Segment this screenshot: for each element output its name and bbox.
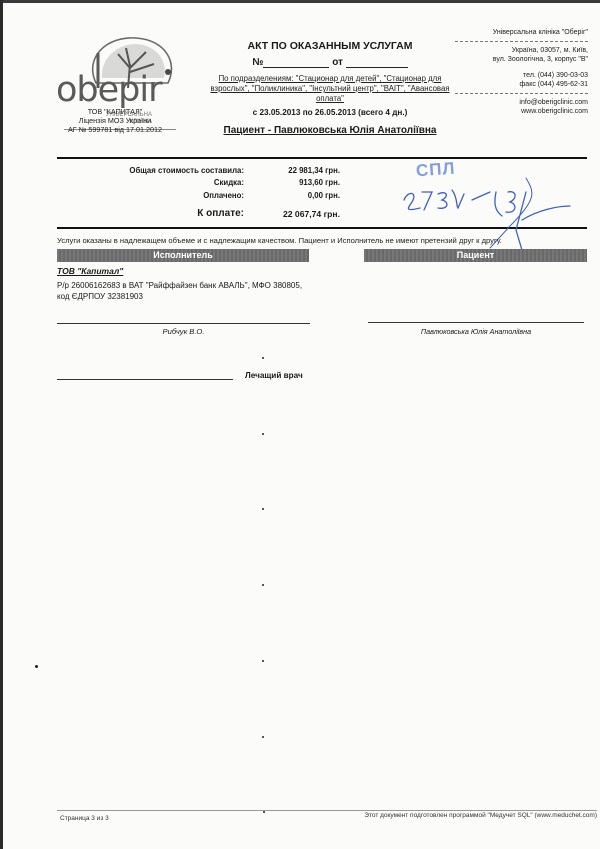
binder-dot [262,584,264,586]
total-value: 22 981,34 грн. [260,166,340,175]
totals-table: Общая стоимость составила: 22 981,34 грн… [100,164,340,223]
executor-bank-details: Р/р 26006162683 в ВАТ "Райффайзен банк А… [57,280,307,302]
binder-dot [262,433,264,435]
scan-edge-left [0,0,3,849]
document-number-line: № от [200,57,460,68]
service-period: с 23.05.2013 по 26.05.2013 (всего 4 дн.) [200,108,460,117]
binder-dot [262,660,264,662]
company-name: ТОВ "КАПИТАЛ" [50,107,180,116]
paid-label: Оплачено: [104,191,260,200]
executor-signatory: Рибчук В.О. [57,327,310,336]
scan-speck [35,665,38,668]
clinic-phone: тел. (044) 390-03-03 [455,71,588,80]
patient-name-heading: Пациент - Павлюковська Юлія Анатоліївна [200,125,460,136]
scan-edge-top [0,0,600,3]
company-license-info: ТОВ "КАПИТАЛ" Ліцензія МОЗ України АГ № … [50,107,180,134]
binder-dot [262,357,264,359]
clinic-name: Універсальна клініка "Оберіг" [455,28,588,37]
binder-dot [262,736,264,738]
logo-wordmark: obepir [56,70,162,110]
doctor-signature-line [57,379,233,380]
footer-rule [57,810,597,811]
paid-row: Оплачено: 0,00 грн. [100,189,340,202]
attending-doctor-label: Лечащий врач [245,371,303,380]
license-line2: АГ № 599781 від 17.01.2012 [50,125,180,134]
clinic-address-line1: Україна, 03057, м. Київ, [455,46,588,55]
services-note: Услуги оказаны в надлежащем объеме и с н… [57,236,502,245]
binder-dot [263,811,265,813]
executor-name: ТОВ "Капитал" [57,266,123,276]
discount-row: Скидка: 913,60 грн. [100,177,340,190]
date-field [346,57,408,68]
departments-list: По подразделениям: "Стационар для детей"… [200,74,460,104]
divider [455,93,588,94]
patient-header: Пациент [364,249,587,262]
clinic-email: info@oberigclinic.com [455,98,588,107]
discount-label: Скидка: [104,178,260,187]
clinic-fax: факс (044) 495-62-31 [455,80,588,89]
number-label: № [252,57,263,68]
license-line1: Ліцензія МОЗ України [50,116,180,125]
to-pay-row: К оплате: 22 067,74 грн. [100,205,340,223]
number-field [263,57,329,68]
discount-value: 913,60 грн. [260,178,340,187]
divider [455,41,588,42]
binder-dot [262,508,264,510]
clinic-contact-block: Універсальна клініка "Оберіг" Україна, 0… [455,28,588,116]
patient-signatory: Павлюковська Юлія Анатоліївна [368,327,584,336]
total-label: Общая стоимость составила: [104,166,260,175]
executor-signature-line [57,323,310,324]
to-pay-value: 22 067,74 грн. [260,209,340,219]
total-row: Общая стоимость составила: 22 981,34 грн… [100,164,340,177]
patient-signature-line [368,322,584,323]
from-label: от [332,57,343,68]
totals-top-rule [57,157,587,159]
page-indicator: Страница 3 из 3 [60,815,109,822]
paid-value: 0,00 грн. [260,191,340,200]
clinic-address-line2: вул. Зоологічна, 3, корпус "В" [455,55,588,64]
generator-note: Этот документ подготовлен программой "Ме… [340,812,597,819]
executor-header: Исполнитель [57,249,309,262]
clinic-website: www.oberigclinic.com [455,107,588,116]
document-title: АКТ ПО ОКАЗАННЫМ УСЛУГАМ [200,40,460,52]
to-pay-label: К оплате: [104,208,260,219]
